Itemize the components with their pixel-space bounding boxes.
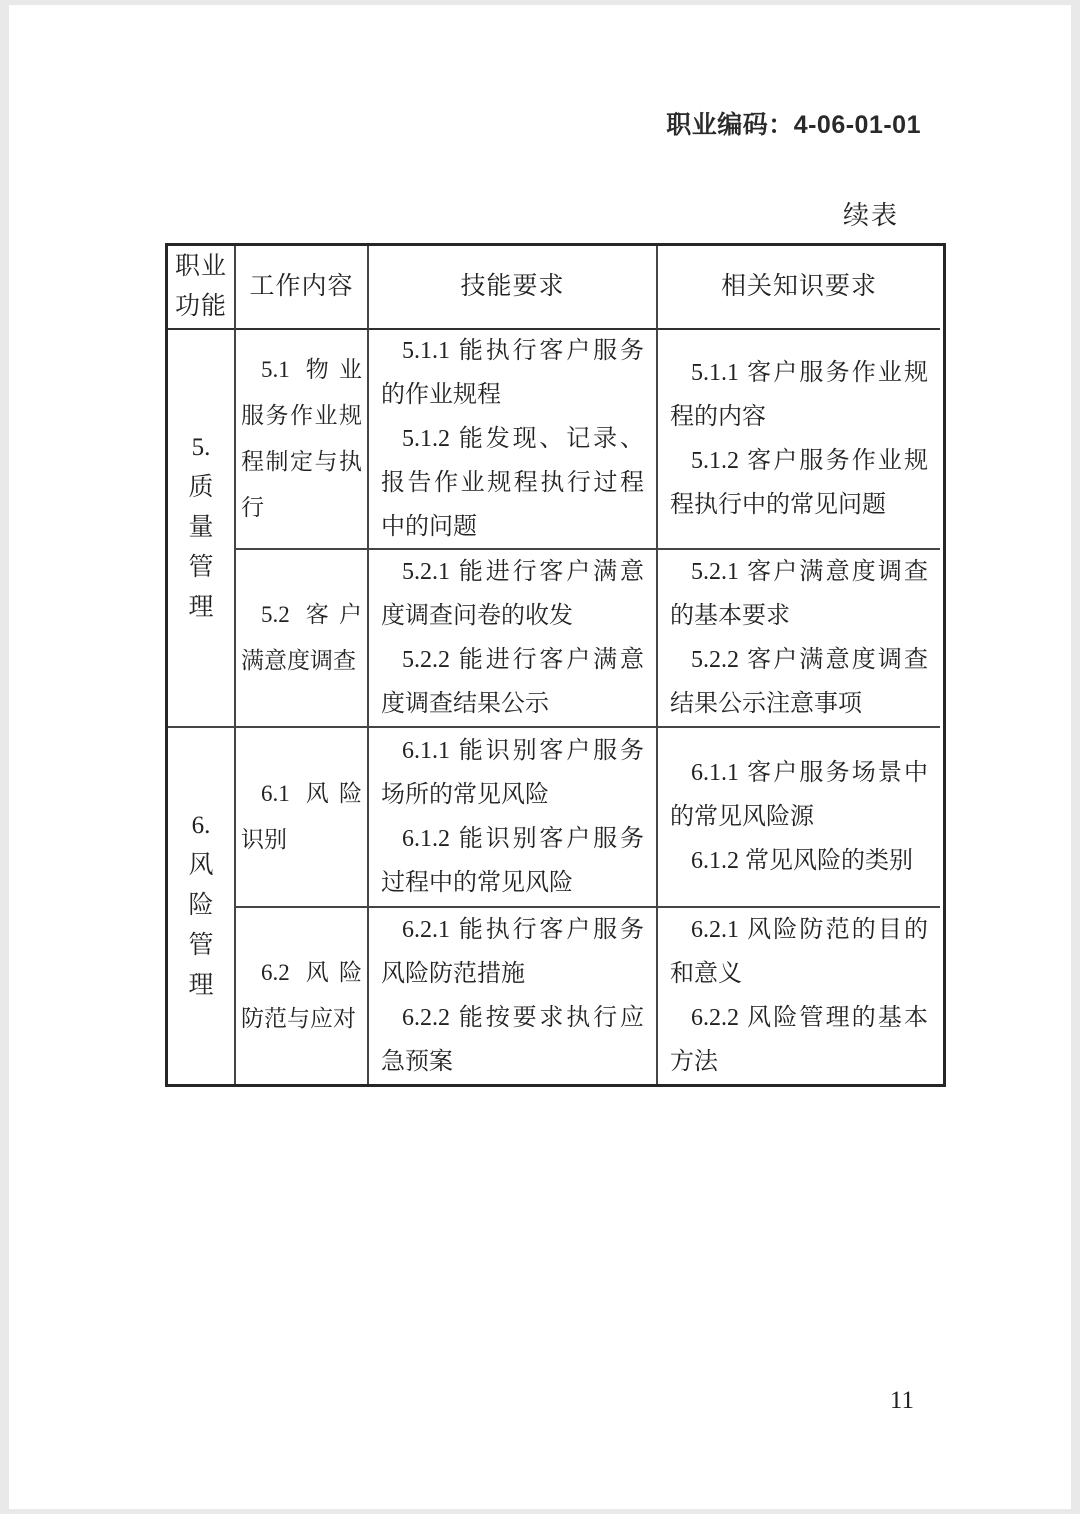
knowledge-cell-6-1: 6.1.1 客户服务场景中的常见风险源6.1.2 常见风险的类别 (658, 728, 940, 908)
skill-cell-6-1: 6.1.1 能识别客户服务场所的常见风险6.1.2 能识别客户服务过程中的常见风… (369, 728, 658, 908)
header-cell-knowledge: 相关知识要求 (658, 246, 940, 330)
document-page: 职业编码：4-06-01-01 续表 职业 功能 工作内容 技能要求 相关知识要… (9, 5, 1071, 1509)
header-cell-task: 工作内容 (236, 246, 369, 330)
function-cell-risk-management: 6. 风 险 管 理 (168, 728, 236, 1084)
continued-table-label: 续表 (843, 195, 899, 232)
skill-cell-5-1: 5.1.1 能执行客户服务的作业规程5.1.2 能发现、记录、报告作业规程执行过… (369, 330, 658, 550)
task-cell-5-2: 5.2 客户满意度调查 (236, 550, 369, 728)
knowledge-cell-6-2: 6.2.1 风险防范的目的和意义6.2.2 风险管理的基本方法 (658, 908, 940, 1084)
knowledge-cell-5-1: 5.1.1 客户服务作业规程的内容5.1.2 客户服务作业规程执行中的常见问题 (658, 330, 940, 550)
occupation-code-label: 职业编码：4-06-01-01 (666, 105, 921, 141)
task-cell-6-1: 6.1 风险识别 (236, 728, 369, 908)
function-cell-quality-management: 5. 质 量 管 理 (168, 330, 236, 728)
occupation-standard-table: 职业 功能 工作内容 技能要求 相关知识要求 5. 质 量 管 理 5.1 物业… (165, 243, 946, 1087)
page-number: 11 (890, 1387, 914, 1415)
task-cell-5-1: 5.1 物业服务作业规程制定与执行 (236, 330, 369, 550)
header-cell-function: 职业 功能 (168, 246, 236, 330)
skill-cell-5-2: 5.2.1 能进行客户满意度调查问卷的收发5.2.2 能进行客户满意度调查结果公… (369, 550, 658, 728)
knowledge-cell-5-2: 5.2.1 客户满意度调查的基本要求5.2.2 客户满意度调查结果公示注意事项 (658, 550, 940, 728)
header-cell-skill: 技能要求 (369, 246, 658, 330)
skill-cell-6-2: 6.2.1 能执行客户服务风险防范措施6.2.2 能按要求执行应急预案 (369, 908, 658, 1084)
task-cell-6-2: 6.2 风险防范与应对 (236, 908, 369, 1084)
